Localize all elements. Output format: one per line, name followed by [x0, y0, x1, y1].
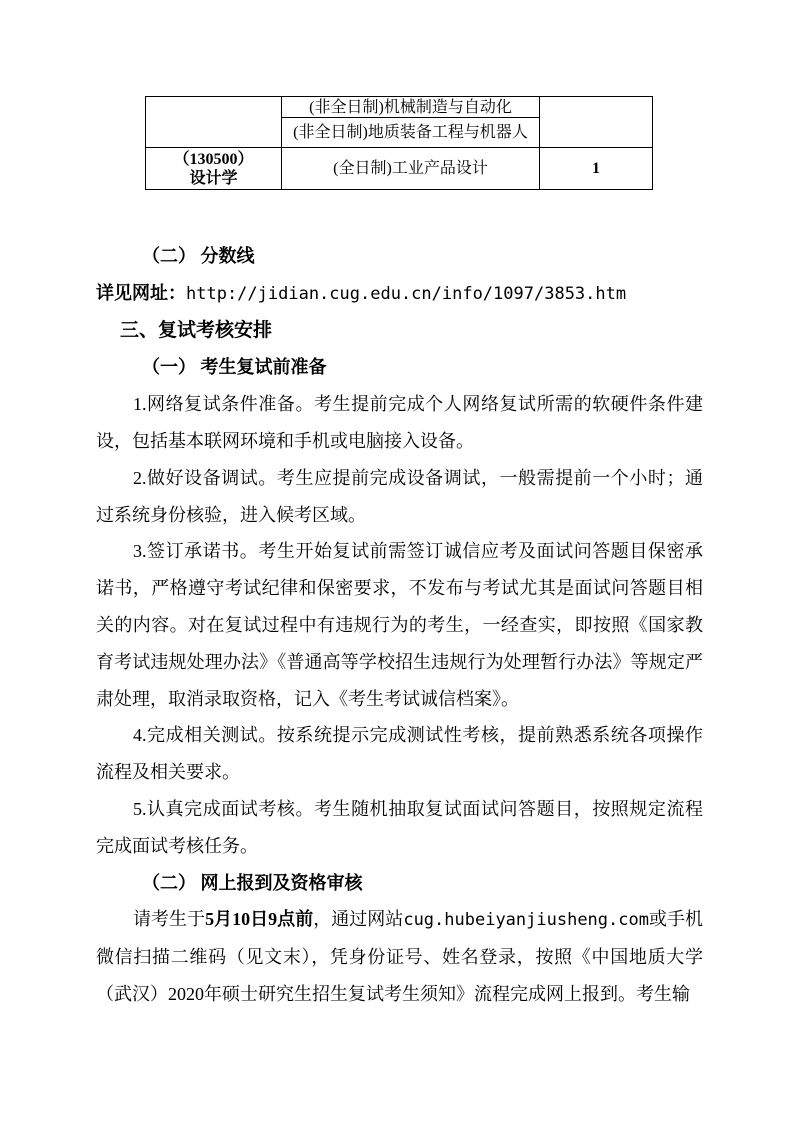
document-page: (非全日制)机械制造与自动化 (非全日制)地质装备工程与机器人 （130500）… [0, 0, 793, 1122]
registration-website: cug.hubeiyanjiusheng.com [403, 910, 649, 930]
heading-prep: （一） 考生复试前准备 [96, 349, 703, 386]
paragraph-network-prep: 1.网络复试条件准备。考生提前完成个人网络复试所需的软硬件条件建设，包括基本联网… [96, 386, 703, 460]
table-cell-direction: (全日制)工业产品设计 [282, 148, 540, 190]
table-cell-quota-continued [540, 97, 653, 148]
table-row: （130500） 设计学 (全日制)工业产品设计 1 [146, 148, 653, 190]
score-url-line: 详见网址：http://jidian.cug.edu.cn/info/1097/… [96, 275, 703, 313]
heading-section-three: 三、复试考核安排 [96, 313, 703, 350]
table-cell-specialty: （130500） 设计学 [146, 148, 282, 190]
table-cell-specialty-continued [146, 97, 282, 148]
paragraph-registration: 请考生于5月10日9点前，通过网站cug.hubeiyanjiusheng.co… [96, 901, 703, 1012]
heading-score-line: （二） 分数线 [96, 238, 703, 275]
registration-mid: ，通过网站 [313, 909, 403, 929]
paragraph-interview: 5.认真完成面试考核。考生随机抽取复试面试问答题目，按照规定流程完成面试考核任务… [96, 791, 703, 865]
admission-quota-table: (非全日制)机械制造与自动化 (非全日制)地质装备工程与机器人 （130500）… [145, 96, 653, 190]
score-url: http://jidian.cug.edu.cn/info/1097/3853.… [186, 284, 626, 304]
url-label: 详见网址： [96, 283, 186, 303]
heading-registration: （二） 网上报到及资格审核 [96, 865, 703, 902]
specialty-name: 设计学 [148, 169, 279, 188]
paragraph-test-run: 4.完成相关测试。按系统提示完成测试性考核，提前熟悉系统各项操作流程及相关要求。 [96, 717, 703, 791]
paragraph-commitment: 3.签订承诺书。考生开始复试前需签订诚信应考及面试问答题目保密承诺书，严格遵守考… [96, 533, 703, 717]
document-body: （二） 分数线 详见网址：http://jidian.cug.edu.cn/in… [96, 238, 703, 1013]
registration-prefix: 请考生于 [133, 909, 205, 929]
specialty-code: （130500） [148, 150, 279, 169]
registration-deadline: 5月10日9点前 [205, 909, 313, 929]
table-cell-quota: 1 [540, 148, 653, 190]
paragraph-device-test: 2.做好设备调试。考生应提前完成设备调试，一般需提前一个小时；通过系统身份核验，… [96, 460, 703, 534]
table-cell-direction: (非全日制)机械制造与自动化 [282, 97, 540, 118]
table-row: (非全日制)机械制造与自动化 [146, 97, 653, 118]
table-cell-direction: (非全日制)地质装备工程与机器人 [282, 118, 540, 148]
